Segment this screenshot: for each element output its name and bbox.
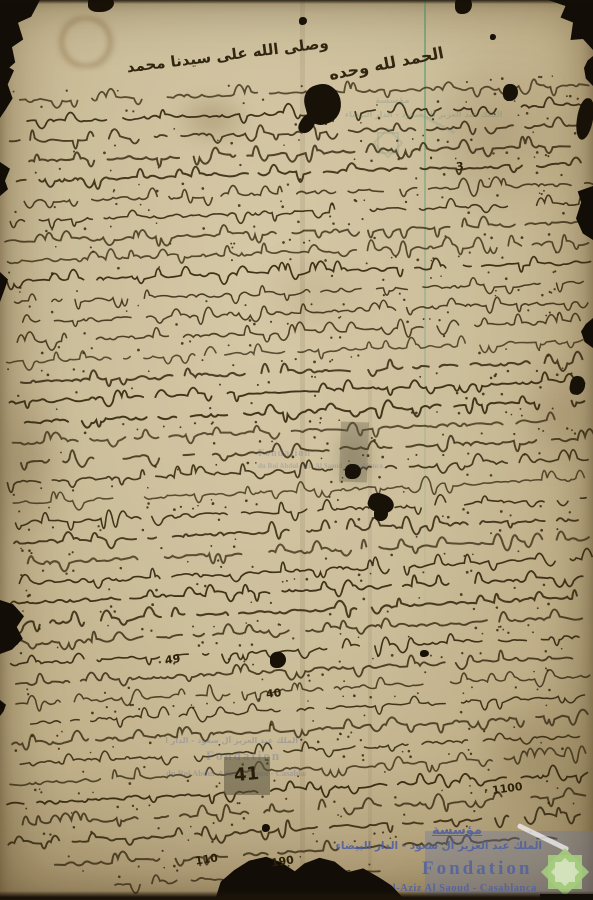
paper-sheet: الحمد لله وحده وصلى الله على سيدنا محمد … xyxy=(0,0,593,900)
handwriting-line xyxy=(12,467,584,513)
handwriting-line xyxy=(10,565,583,612)
scan-edge xyxy=(0,891,593,900)
inline-numeral: 3 xyxy=(455,160,464,174)
handwriting-line xyxy=(5,211,582,252)
handwriting-line xyxy=(17,607,583,654)
scan-edge xyxy=(0,0,593,4)
handwriting-line xyxy=(13,586,589,633)
handwriting-line xyxy=(7,250,591,292)
handwriting-line xyxy=(24,389,584,432)
eight-point-star-icon xyxy=(541,848,589,896)
handwriting-line xyxy=(16,153,581,191)
handwriting-line xyxy=(9,369,585,412)
handwriting-line xyxy=(14,507,579,553)
watermark-latin-title: Fondation xyxy=(422,858,532,880)
handwriting-line xyxy=(10,625,579,674)
watermark-arabic-subtitle: الملك عبد العزيز آل سعود - الدار البيضاء xyxy=(370,840,542,852)
handwriting-line xyxy=(17,310,581,351)
handwriting-line xyxy=(22,291,588,332)
folio-number: 41 xyxy=(233,763,260,786)
handwriting-line xyxy=(12,408,580,453)
manuscript-scan: الحمد لله وحده وصلى الله على سيدنا محمد … xyxy=(0,0,593,900)
inline-numeral: 40 xyxy=(265,686,282,701)
watermark-arabic-title: مؤسسة xyxy=(398,823,516,838)
folio-number-stamp: 41 xyxy=(224,757,270,795)
handwriting-line xyxy=(15,664,590,714)
inline-numeral: 49 xyxy=(164,652,181,667)
handwriting-line xyxy=(29,133,584,171)
handwriting-line xyxy=(12,703,589,754)
handwriting-body xyxy=(0,0,593,900)
handwriting-line xyxy=(20,724,580,775)
handwriting-line xyxy=(10,191,593,230)
handwriting-line xyxy=(27,527,589,573)
scan-edge xyxy=(540,894,593,900)
